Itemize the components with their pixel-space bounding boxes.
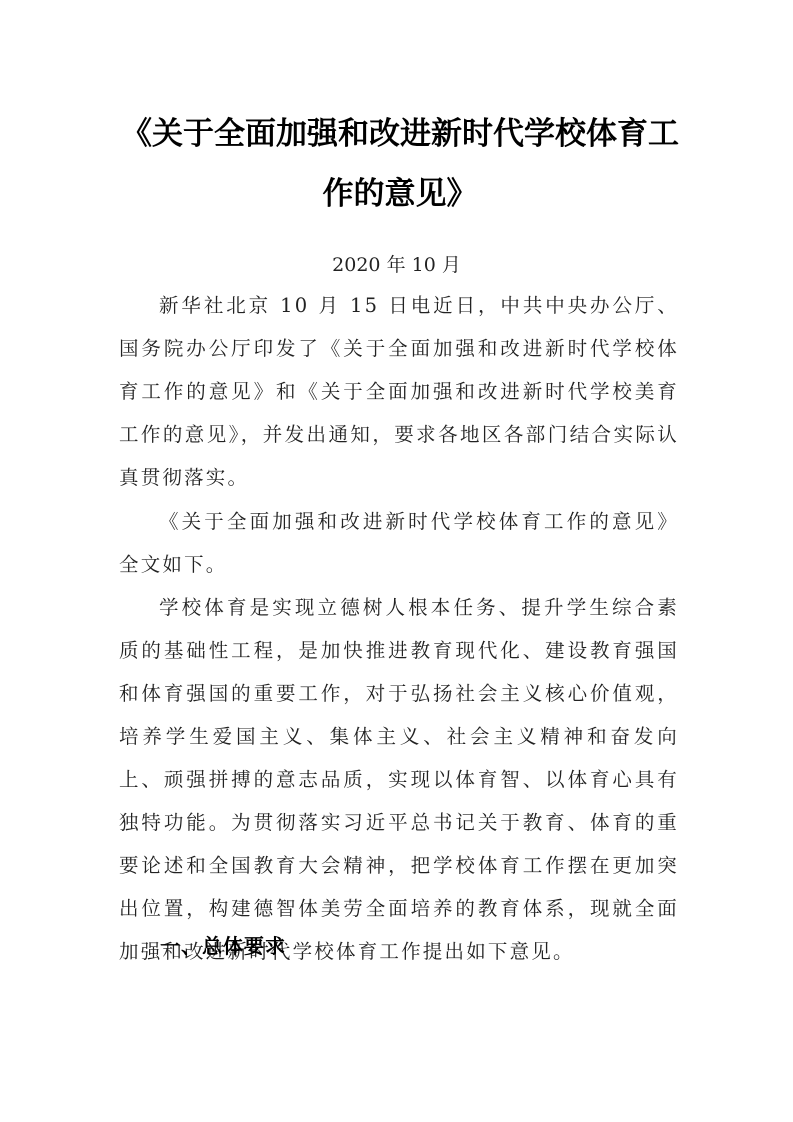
document-title-line-1: 《关于全面加强和改进新时代学校体育工 [100, 108, 700, 153]
document-title-line-2: 作的意见》 [100, 168, 700, 213]
paragraph-preamble: 学校体育是实现立德树人根本任务、提升学生综合素质的基础性工程，是加快推进教育现代… [119, 586, 679, 973]
section-heading: 一、总体要求 [160, 930, 286, 959]
document-date: 2020 年 10 月 [0, 250, 793, 277]
paragraph-fulltext-note: 《关于全面加强和改进新时代学校体育工作的意见》全文如下。 [119, 500, 679, 586]
paragraph-intro: 新华社北京 10 月 15 日电近日，中共中央办公厅、国务院办公厅印发了《关于全… [119, 284, 679, 499]
